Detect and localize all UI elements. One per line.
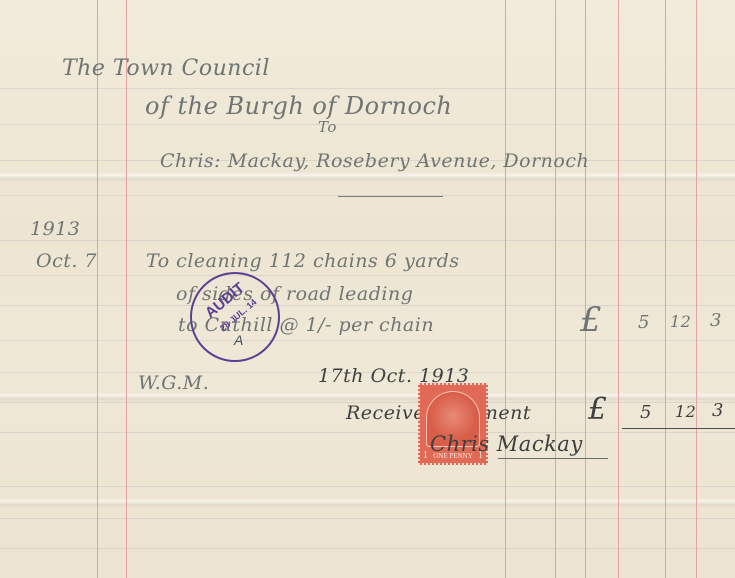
column-rule [618,0,619,578]
margin-rule [97,0,98,578]
receipt-pounds: 5 [640,402,652,423]
underline [338,196,443,197]
column-rule [665,0,666,578]
addressee-line-2: of the Burgh of Dornoch [145,92,452,120]
receipt-currency-symbol: £ [588,392,608,427]
paper-fold [0,392,735,402]
column-rule [505,0,506,578]
ruled-line [0,548,735,549]
signature-underline [498,458,608,459]
ruled-line [0,432,735,433]
entry-pounds: 5 [638,312,650,333]
paper-fold [0,172,735,182]
column-rule [555,0,556,578]
entry-date: Oct. 7 [36,250,97,272]
margin-rule [126,0,127,578]
ruled-line [0,340,735,341]
entry-description-1: To cleaning 112 chains 6 yards [146,250,460,272]
sender-line: Chris: Mackay, Rosebery Avenue, Dornoch [160,150,589,172]
addressee-line-1: The Town Council [62,56,270,81]
column-rule [696,0,697,578]
ruled-line [0,240,735,241]
audit-stamp-mark: A [234,332,243,348]
column-rule [585,0,586,578]
ruled-line [0,305,735,306]
ruled-line [0,518,735,519]
ruled-line [0,275,735,276]
to-label: To [318,118,337,136]
receipt-shillings: 12 [675,402,696,421]
entry-pence: 3 [710,310,722,331]
audit-stamp: AUDIT 28 JUL. 14 A [190,272,280,362]
ruled-line [0,486,735,487]
amount-underline [622,428,735,429]
scanned-invoice-page: The Town Council of the Burgh of Dornoch… [0,0,735,578]
receipt-pence: 3 [712,400,724,421]
entry-year: 1913 [30,218,80,240]
ruled-line [0,88,735,89]
initials: W.G.M. [138,372,209,394]
signature: Chris Mackay [430,432,583,456]
entry-shillings: 12 [670,312,691,331]
ruled-line [0,124,735,125]
paper-fold [0,498,735,508]
entry-currency-symbol: £ [580,300,602,340]
